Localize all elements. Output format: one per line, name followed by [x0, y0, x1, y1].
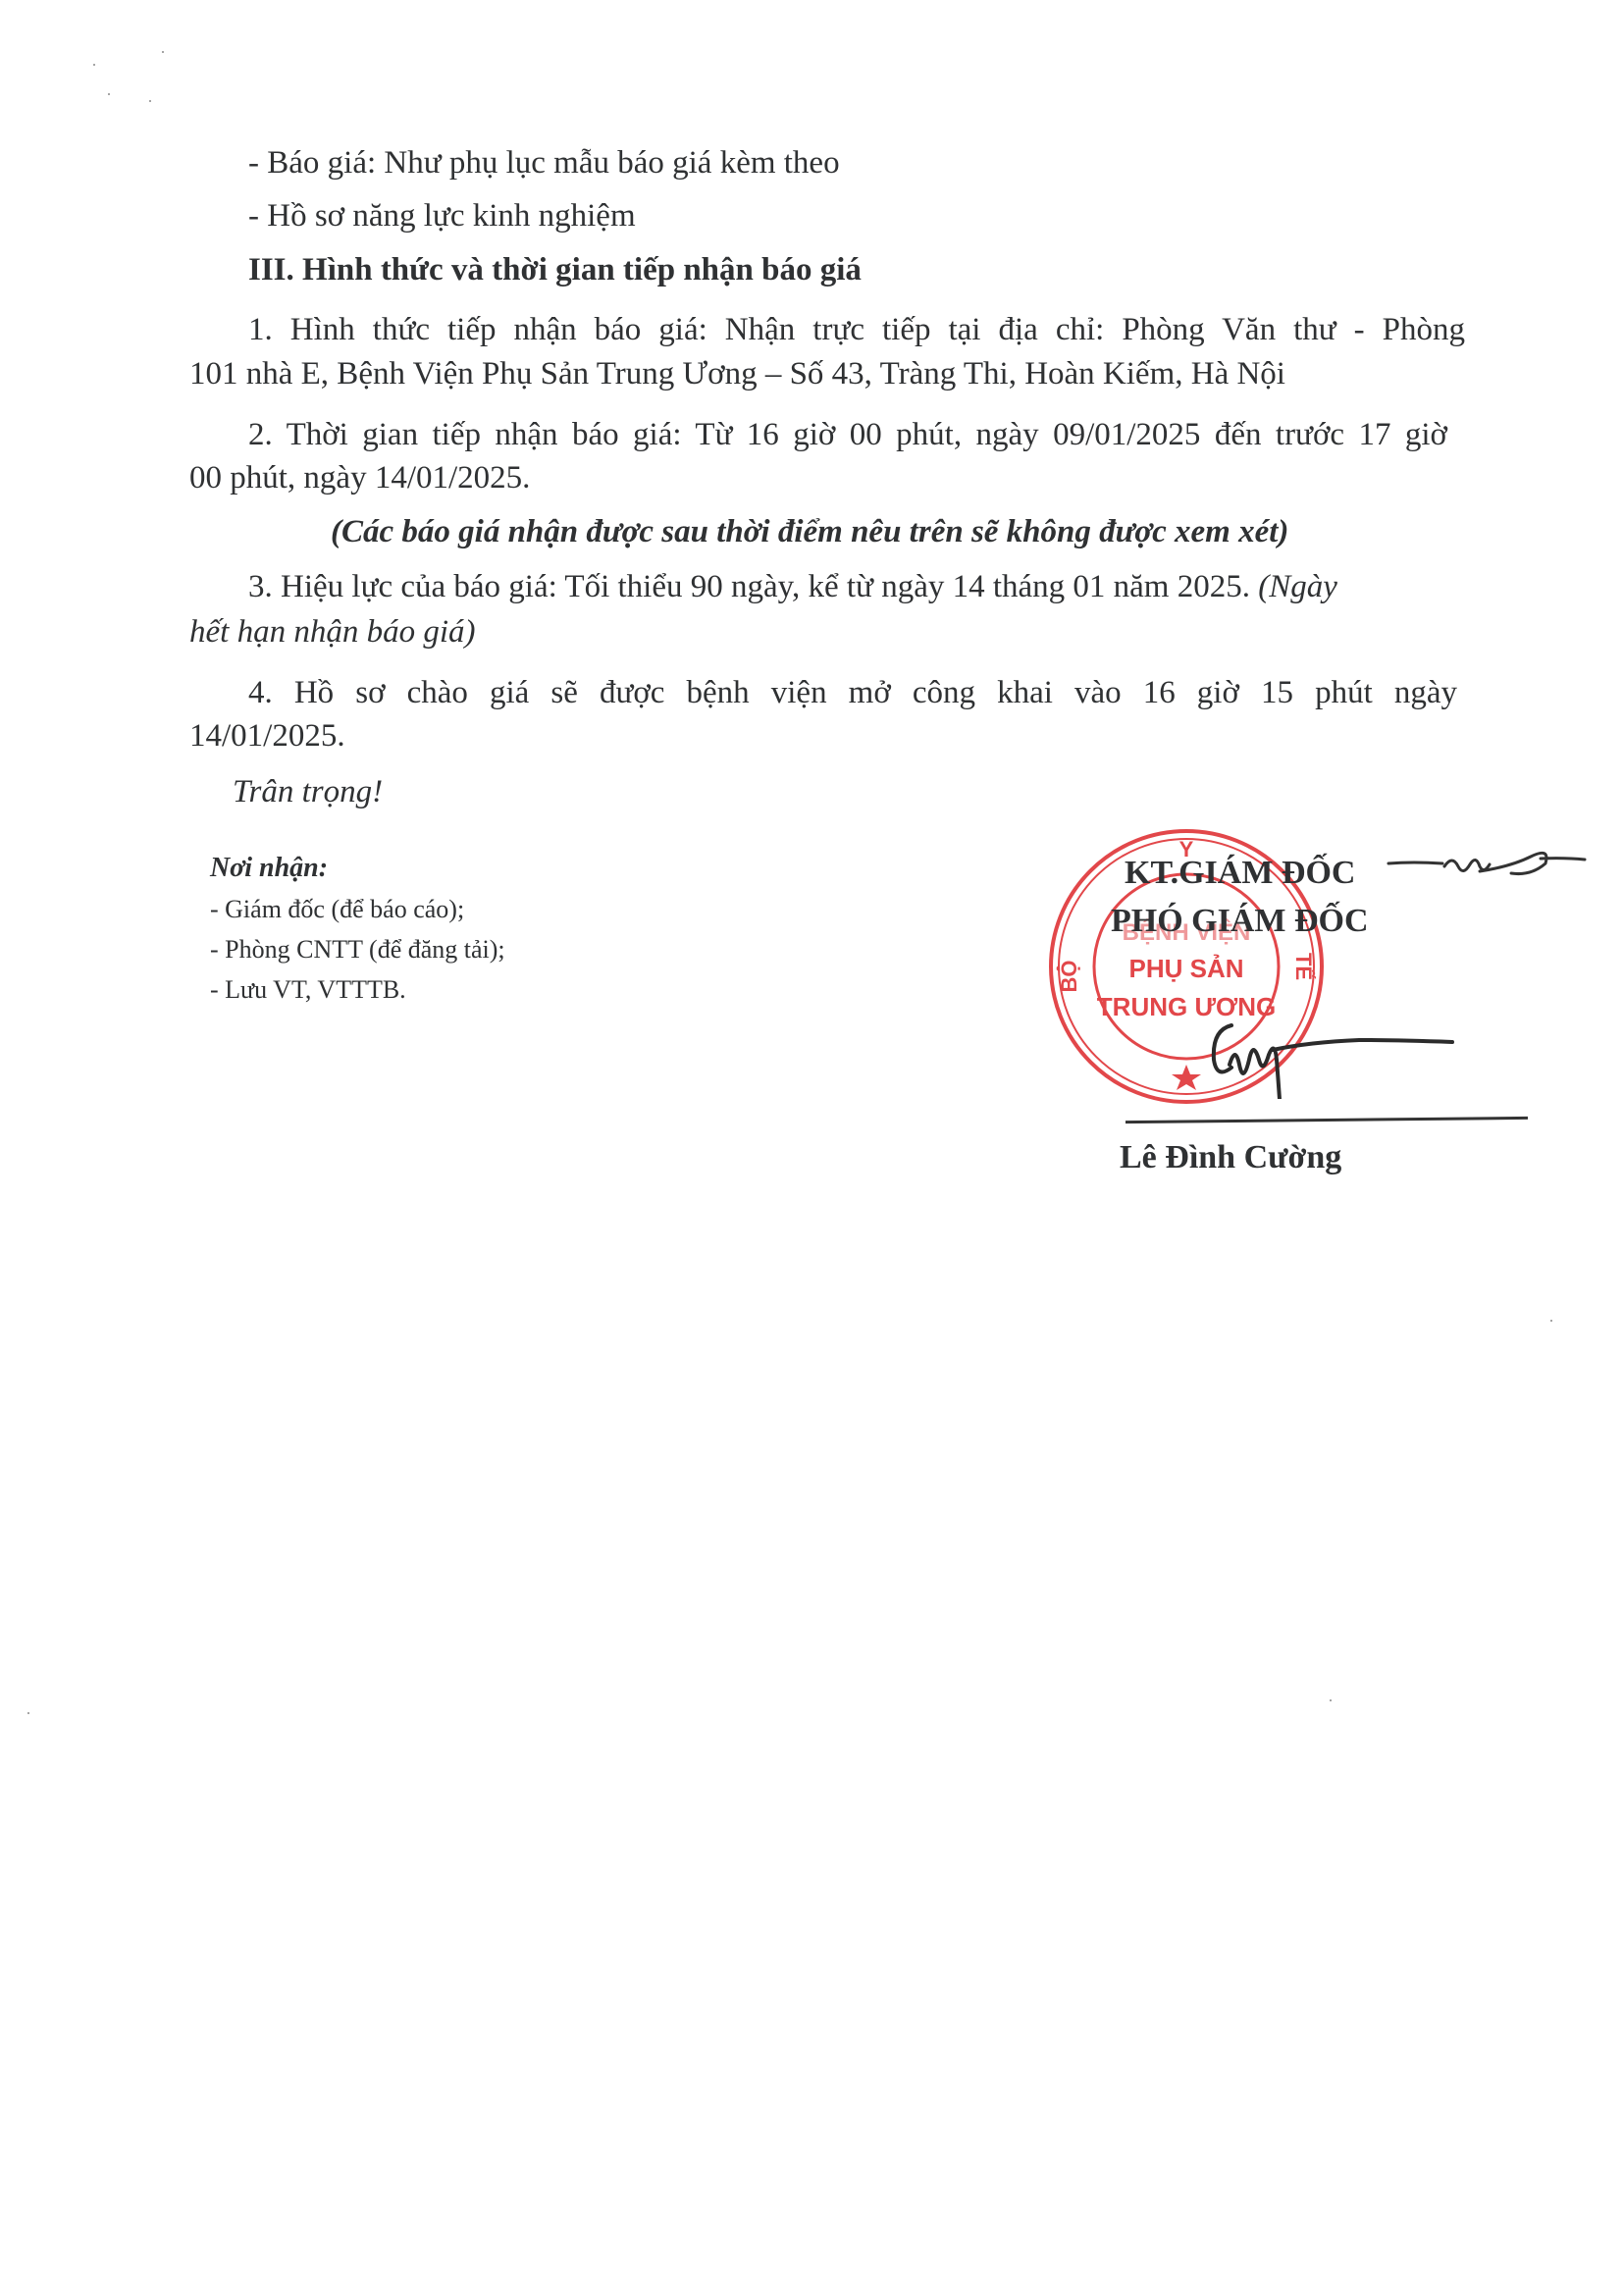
scan-speck [149, 100, 151, 102]
recipients-heading: Nơi nhận: [210, 855, 328, 882]
signature-underline [1126, 1117, 1528, 1123]
scan-speck [108, 93, 110, 95]
list-item-quote: - Báo giá: Như phụ lục mẫu báo giá kèm t… [248, 147, 840, 180]
scan-speck [27, 1712, 29, 1714]
closing-text: Trân trọng! [233, 776, 383, 809]
signature-title-1: KT.GIÁM ĐỐC [1125, 857, 1355, 890]
handwritten-signature [1202, 1011, 1457, 1099]
paragraph-1-line-2: 101 nhà E, Bệnh Viện Phụ Sản Trung Ương … [189, 358, 1285, 391]
signature-title-2: PHÓ GIÁM ĐỐC [1111, 905, 1369, 938]
list-item-capability: - Hồ sơ năng lực kinh nghiệm [248, 200, 636, 233]
recipient-item: - Phòng CNTT (để đăng tải); [210, 937, 505, 963]
paragraph-4-line-2: 14/01/2025. [189, 720, 345, 753]
late-quote-note: (Các báo giá nhận được sau thời điểm nêu… [331, 516, 1288, 548]
svg-text:PHỤ SẢN: PHỤ SẢN [1128, 954, 1243, 983]
scan-speck [162, 51, 164, 53]
signer-name: Lê Đình Cường [1120, 1141, 1341, 1174]
paragraph-3-italic: (Ngày [1258, 569, 1337, 604]
paragraph-3-main: 3. Hiệu lực của báo giá: Tối thiểu 90 ng… [248, 569, 1250, 604]
svg-text:TẾ: TẾ [1291, 953, 1316, 980]
scan-speck [93, 64, 95, 66]
paragraph-1-line-1: 1. Hình thức tiếp nhận báo giá: Nhận trự… [248, 312, 1465, 348]
paragraph-3-line-1: 3. Hiệu lực của báo giá: Tối thiểu 90 ng… [248, 571, 1337, 603]
paragraph-2-line-1: 2. Thời gian tiếp nhận báo giá: Từ 16 gi… [248, 417, 1447, 453]
recipient-item: - Lưu VT, VTTTB. [210, 977, 406, 1003]
scan-speck [1330, 1699, 1332, 1701]
paragraph-3-line-2: hết hạn nhận báo giá) [189, 616, 475, 649]
initials-scribble [1384, 842, 1590, 891]
svg-text:BỘ: BỘ [1057, 961, 1081, 993]
scan-speck [1550, 1320, 1552, 1322]
paragraph-2-line-2: 00 phút, ngày 14/01/2025. [189, 462, 530, 495]
paragraph-4-line-1: 4. Hồ sơ chào giá sẽ được bệnh viện mở c… [248, 675, 1457, 711]
section-heading: III. Hình thức và thời gian tiếp nhận bá… [248, 254, 862, 287]
recipient-item: - Giám đốc (để báo cáo); [210, 897, 464, 922]
